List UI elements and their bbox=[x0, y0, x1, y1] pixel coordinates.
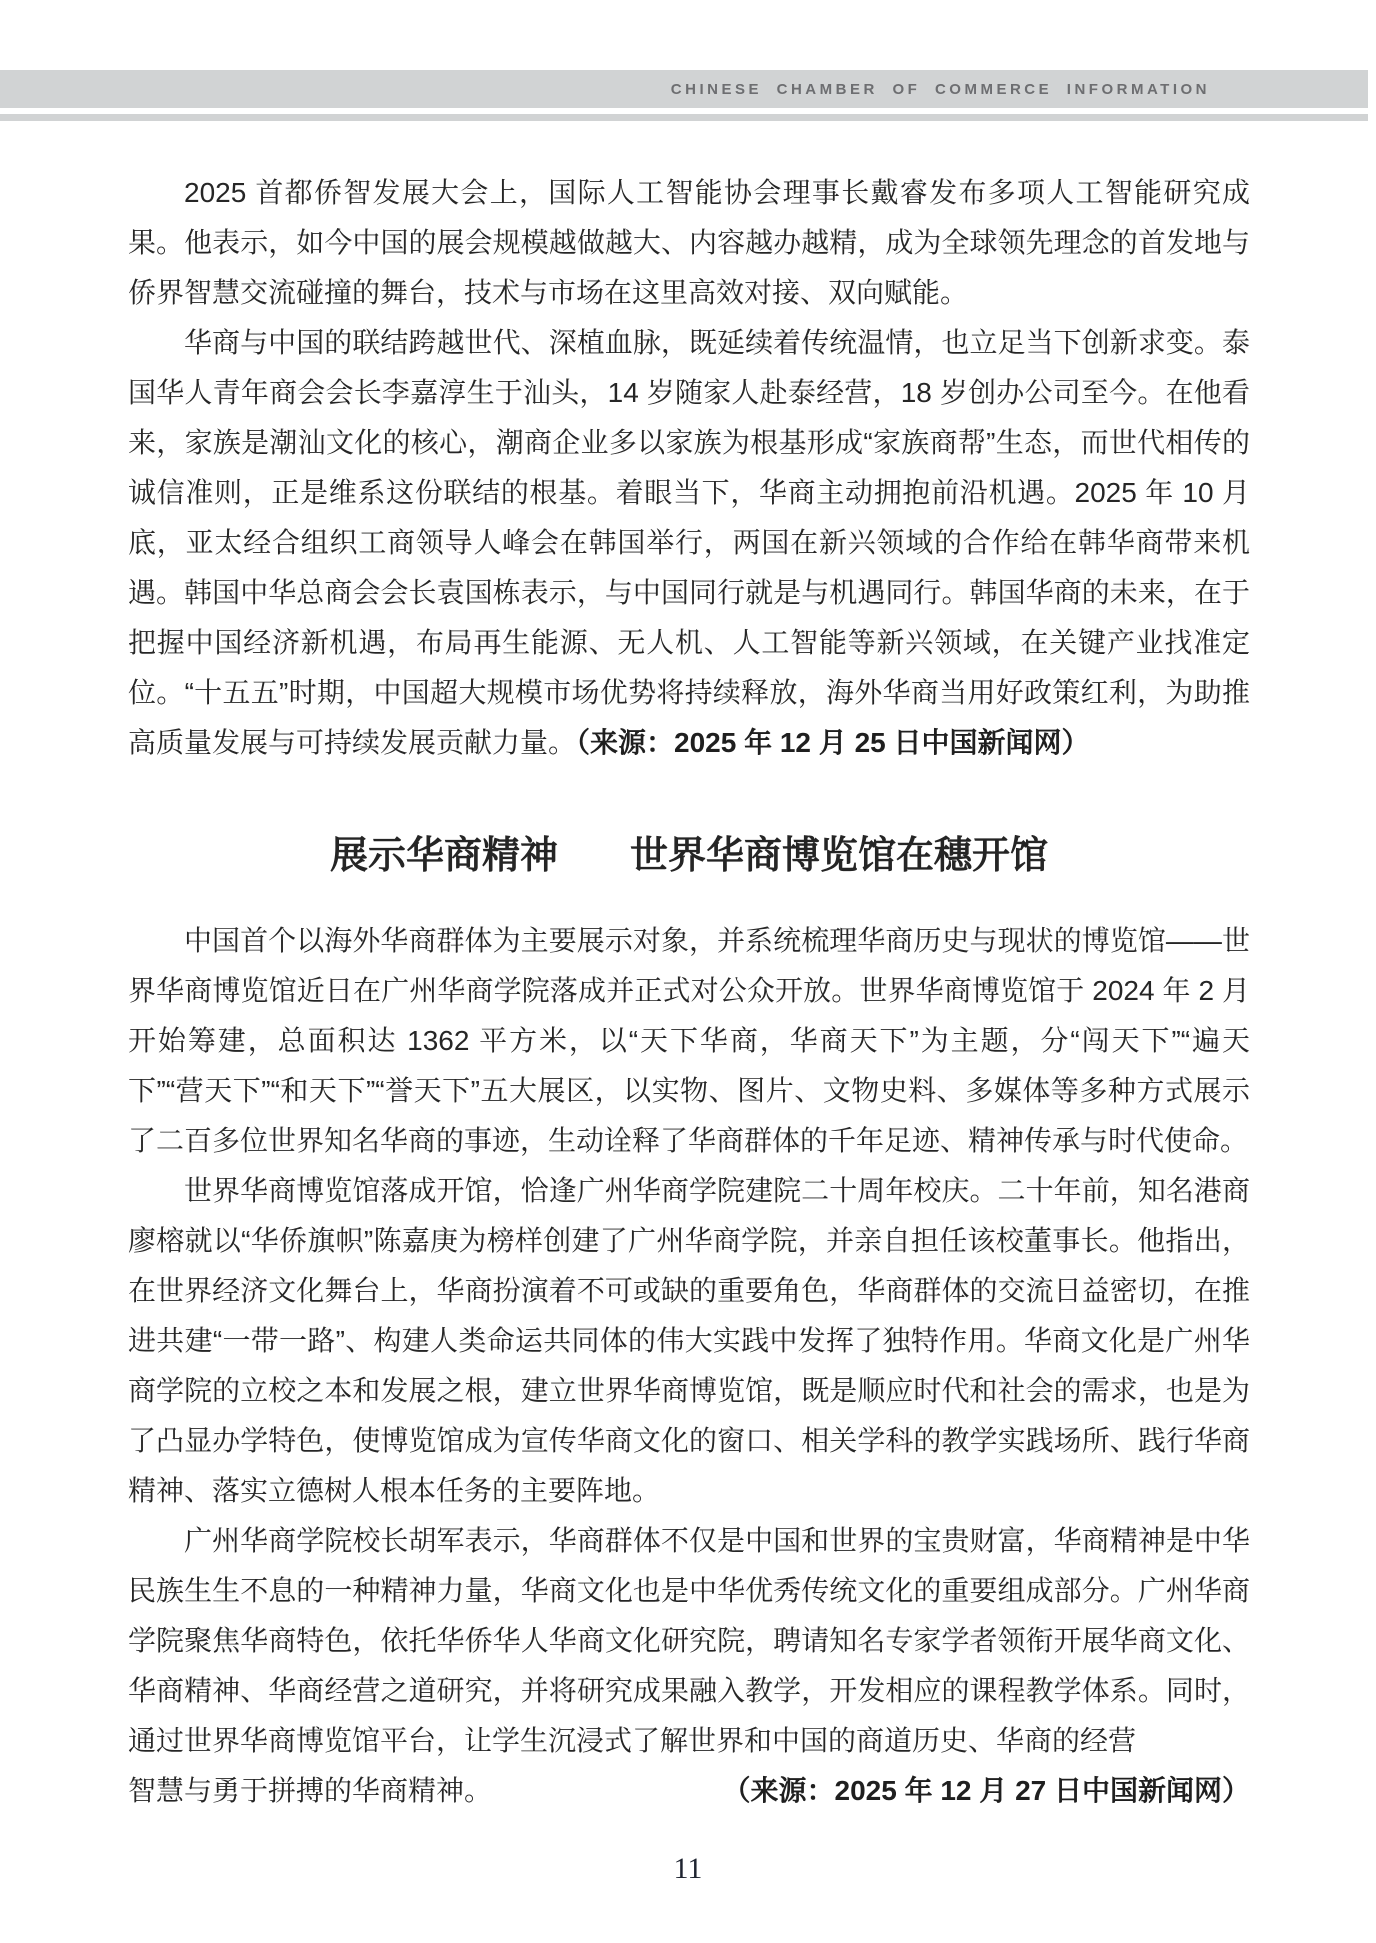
article2-paragraph-2: 世界华商博览馆落成开馆，恰逢广州华商学院建院二十周年校庆。二十年前，知名港商廖榕… bbox=[128, 1166, 1250, 1516]
article2-source-citation: （来源：2025 年 12 月 27 日中国新闻网） bbox=[723, 1766, 1250, 1816]
article2-title-part2: 世界华商博览馆在穗开馆 bbox=[630, 832, 1048, 880]
banner-title: CHINESE CHAMBER OF COMMERCE INFORMATION bbox=[671, 81, 1210, 98]
article1-paragraph-2: 华商与中国的联结跨越世代、深植血脉，既延续着传统温情，也立足当下创新求变。泰国华… bbox=[128, 318, 1250, 768]
page-number: 11 bbox=[0, 1852, 1376, 1886]
header-banner: CHINESE CHAMBER OF COMMERCE INFORMATION bbox=[0, 70, 1368, 108]
page-content: 2025 首都侨智发展大会上，国际人工智能协会理事长戴睿发布多项人工智能研究成果… bbox=[128, 168, 1250, 1816]
article2-title: 展示华商精神 世界华商博览馆在穗开馆 bbox=[128, 832, 1250, 880]
article2-paragraph-1: 中国首个以海外华商群体为主要展示对象，并系统梳理华商历史与现状的博览馆——世界华… bbox=[128, 916, 1250, 1166]
article1-paragraph-2-text: 华商与中国的联结跨越世代、深植血脉，既延续着传统温情，也立足当下创新求变。泰国华… bbox=[128, 327, 1250, 758]
article1-source-citation: （来源：2025 年 12 月 25 日中国新闻网） bbox=[576, 727, 1089, 758]
article2-paragraph-3: 广州华商学院校长胡军表示，华商群体不仅是中国和世界的宝贵财富，华商精神是中华民族… bbox=[128, 1516, 1250, 1766]
article2-title-part1: 展示华商精神 bbox=[330, 832, 558, 880]
article2-paragraph-3-last-line: 智慧与勇于拼搏的华商精神。 bbox=[128, 1766, 492, 1816]
header-divider-bar bbox=[0, 114, 1368, 121]
article2-closing-line: 智慧与勇于拼搏的华商精神。 （来源：2025 年 12 月 27 日中国新闻网） bbox=[128, 1766, 1250, 1816]
article1-paragraph-1: 2025 首都侨智发展大会上，国际人工智能协会理事长戴睿发布多项人工智能研究成果… bbox=[128, 168, 1250, 318]
